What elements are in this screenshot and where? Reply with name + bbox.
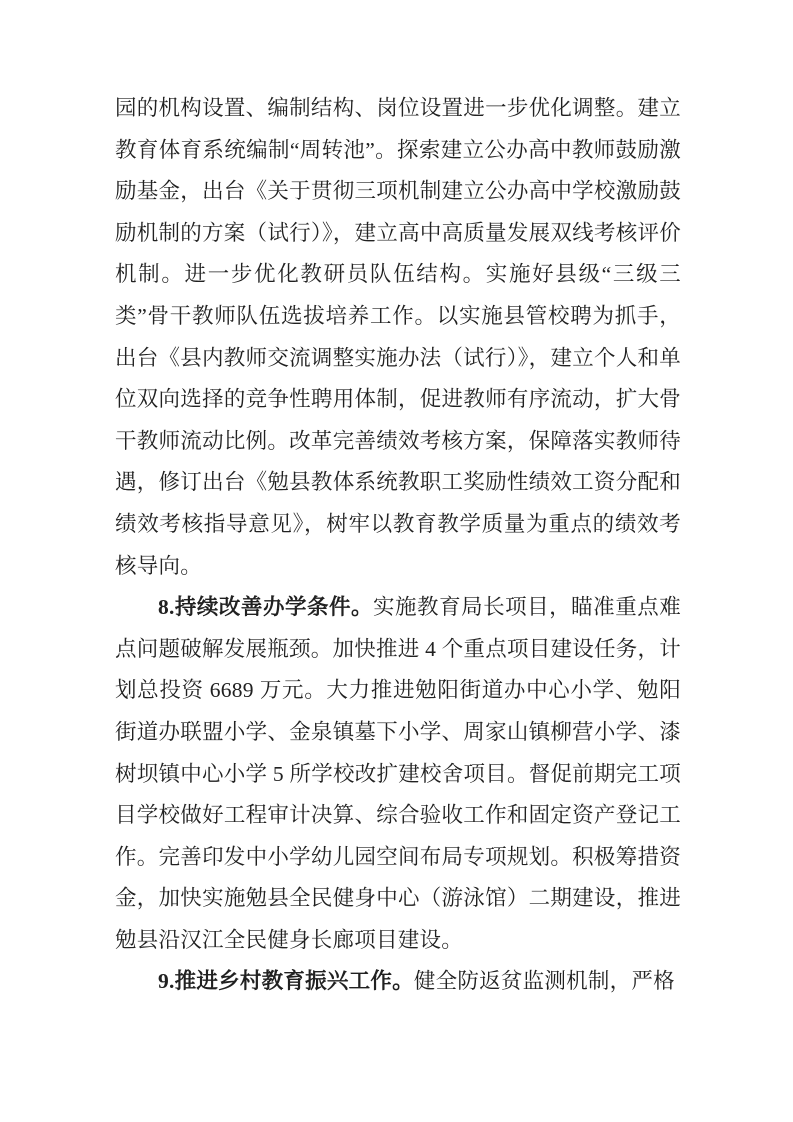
- section-9-heading: 9.推进乡村教育振兴工作。: [158, 969, 414, 993]
- document-page: 园的机构设置、编制结构、岗位设置进一步优化调整。建立教育体育系统编制“周转池”。…: [0, 0, 793, 1122]
- document-text-block: 园的机构设置、编制结构、岗位设置进一步优化调整。建立教育体育系统编制“周转池”。…: [115, 88, 681, 1003]
- paragraph-continuation: 园的机构设置、编制结构、岗位设置进一步优化调整。建立教育体育系统编制“周转池”。…: [115, 88, 681, 587]
- paragraph-section-8: 8.持续改善办学条件。实施教育局长项目，瞄准重点难点问题破解发展瓶颈。加快推进 …: [115, 587, 681, 961]
- paragraph-continuation-text: 园的机构设置、编制结构、岗位设置进一步优化调整。建立教育体育系统编制“周转池”。…: [115, 96, 681, 578]
- section-8-heading: 8.持续改善办学条件。: [158, 595, 373, 619]
- paragraph-section-9: 9.推进乡村教育振兴工作。健全防返贫监测机制，严格: [115, 961, 681, 1003]
- section-9-body-text: 健全防返贫监测机制，严格: [414, 969, 675, 993]
- section-8-body-text: 实施教育局长项目，瞄准重点难点问题破解发展瓶颈。加快推进 4 个重点项目建设任务…: [115, 595, 681, 952]
